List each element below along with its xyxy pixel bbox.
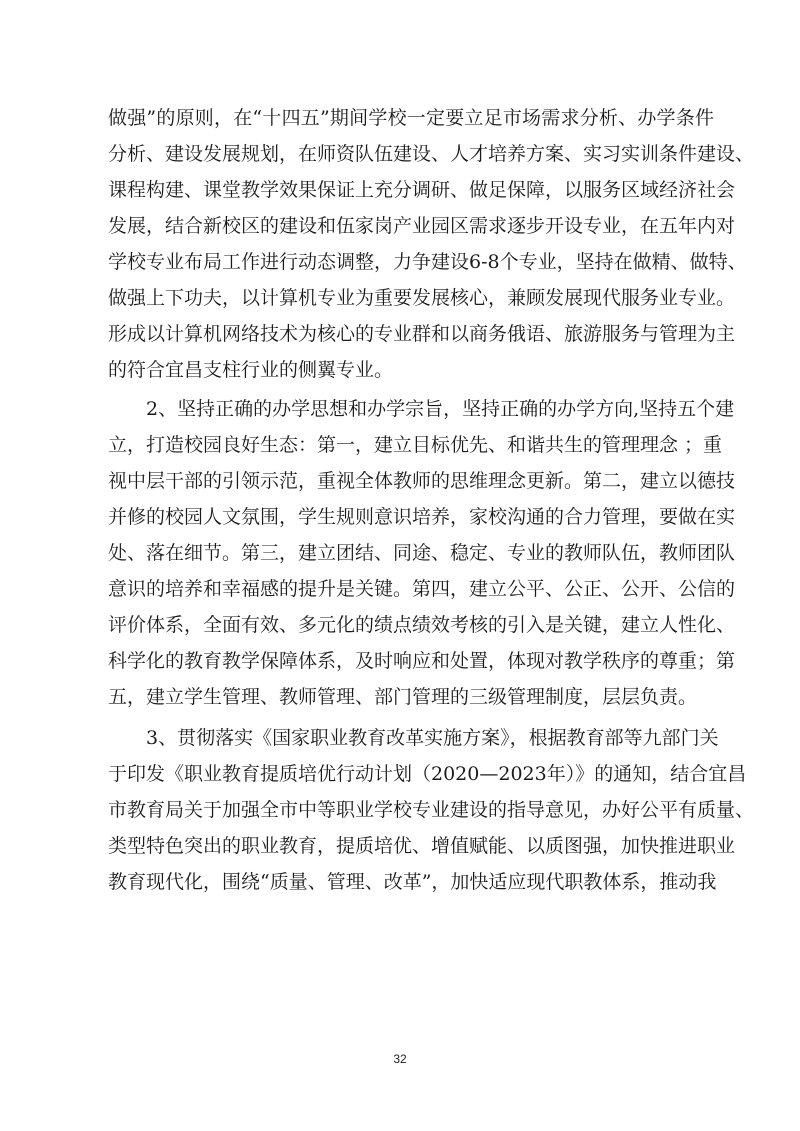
- text-line: 于印发《职业教育提质培优行动计划（2020—2023年）》的通知，结合宜昌: [108, 756, 714, 792]
- text-line: 类型特色突出的职业教育，提质培优、增值赋能、以质图强，加快推进职业: [108, 828, 714, 864]
- text-line: 的符合宜昌支柱行业的侧翼专业。: [108, 352, 714, 388]
- document-page: 做强”的原则，在“十四五”期间学校一定要立足市场需求分析、办学条件 分析、建设发…: [0, 0, 800, 1131]
- text-line: 立，打造校园良好生态：第一，建立目标优先、和谐共生的管理理念 ；重: [108, 427, 714, 463]
- text-line: 教育现代化，围绕“质量、管理、改革”，加快适应现代职教体系，推动我: [108, 864, 714, 900]
- text-line: 学校专业布局工作进行动态调整，力争建设6-8个专业，坚持在做精、做特、: [108, 244, 714, 280]
- text-line: 五，建立学生管理、教师管理、部门管理的三级管理制度，层层负责。: [108, 679, 714, 715]
- text-line: 并修的校园人文氛围，学生规则意识培养，家校沟通的合力管理，要做在实: [108, 499, 714, 535]
- text-line: 课程构建、课堂教学效果保证上充分调研、做足保障，以服务区域经济社会: [108, 172, 714, 208]
- text-line: 意识的培养和幸福感的提升是关键。第四，建立公平、公正、公开、公信的: [108, 571, 714, 607]
- text-line: 做强”的原则，在“十四五”期间学校一定要立足市场需求分析、办学条件: [108, 100, 714, 136]
- text-line: 2、坚持正确的办学思想和办学宗旨，坚持正确的办学方向,坚持五个建: [146, 391, 714, 427]
- text-line: 形成以计算机网络技术为核心的专业群和以商务俄语、旅游服务与管理为主: [108, 316, 714, 352]
- text-line: 评价体系，全面有效、多元化的绩点绩效考核的引入是关键，建立人性化、: [108, 607, 714, 643]
- text-line: 做强上下功夫，以计算机专业为重要发展核心，兼顾发展现代服务业专业。: [108, 280, 714, 316]
- text-line: 科学化的教育教学保障体系，及时响应和处置，体现对教学秩序的尊重；第: [108, 643, 714, 679]
- text-line: 视中层干部的引领示范，重视全体教师的思维理念更新。第二，建立以德技: [108, 463, 714, 499]
- text-line: 3、贯彻落实《国家职业教育改革实施方案》，根据教育部等九部门关: [146, 720, 714, 756]
- text-line: 处、落在细节。第三，建立团结、同途、稳定、专业的教师队伍，教师团队: [108, 535, 714, 571]
- text-line: 市教育局关于加强全市中等职业学校专业建设的指导意见，办好公平有质量、: [108, 792, 714, 828]
- text-line: 分析、建设发展规划，在师资队伍建设、人才培养方案、实习实训条件建设、: [108, 136, 714, 172]
- page-number: 32: [0, 1052, 800, 1066]
- text-line: 发展，结合新校区的建设和伍家岗产业园区需求逐步开设专业，在五年内对: [108, 208, 714, 244]
